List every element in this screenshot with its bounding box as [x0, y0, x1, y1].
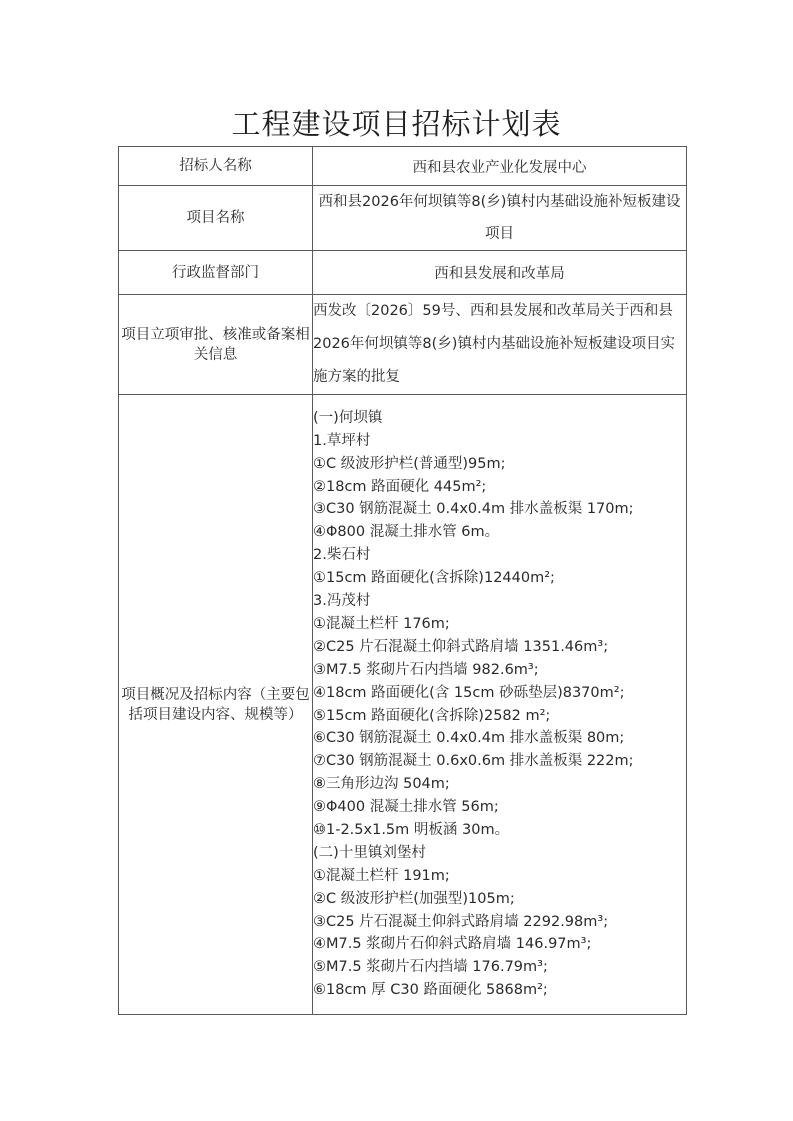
content-line: ①15cm 路面硬化(含拆除)12440m²; — [313, 567, 686, 590]
content-line: ②18cm 路面硬化 445m²; — [313, 476, 686, 499]
content-line: ②C25 片石混凝土仰斜式路肩墙 1351.46m³; — [313, 636, 686, 659]
tender-plan-table: 招标人名称 西和县农业产业化发展中心 项目名称 西和县2026年何坝镇等8(乡)… — [118, 146, 687, 1015]
label-project-overview: 项目概况及招标内容（主要包括项目建设内容、规模等） — [119, 395, 313, 1015]
content-line: ⑦C30 钢筋混凝土 0.6x0.6m 排水盖板渠 222m; — [313, 750, 686, 773]
content-line: ⑤M7.5 浆砌片石内挡墙 176.79m³; — [313, 956, 686, 979]
content-line: 3.冯茂村 — [313, 590, 686, 613]
content-line: ③C30 钢筋混凝土 0.4x0.4m 排水盖板渠 170m; — [313, 498, 686, 521]
content-line: ③M7.5 浆砌片石内挡墙 982.6m³; — [313, 659, 686, 682]
content-line: ④Φ800 混凝土排水管 6m。 — [313, 521, 686, 544]
content-line: ②C 级波形护栏(加强型)105m; — [313, 888, 686, 911]
content-line: ③C25 片石混凝土仰斜式路肩墙 2292.98m³; — [313, 911, 686, 934]
content-line: 2.柴石村 — [313, 544, 686, 567]
value-approval-info: 西发改〔2026〕59号、西和县发展和改革局关于西和县2026年何坝镇等8(乡)… — [313, 295, 687, 395]
content-line: ①混凝土栏杆 191m; — [313, 865, 686, 888]
label-approval-info: 项目立项审批、核准或备案相关信息 — [119, 295, 313, 395]
value-supervision-dept: 西和县发展和改革局 — [313, 251, 687, 295]
content-line: ⑥C30 钢筋混凝土 0.4x0.4m 排水盖板渠 80m; — [313, 727, 686, 750]
value-project-overview: (一)何坝镇 1.草坪村 ①C 级波形护栏(普通型)95m; ②18cm 路面硬… — [313, 395, 687, 1015]
table-row-supervision: 行政监督部门 西和县发展和改革局 — [119, 251, 687, 295]
content-line: ①C 级波形护栏(普通型)95m; — [313, 453, 686, 476]
table-row-project-overview: 项目概况及招标内容（主要包括项目建设内容、规模等） (一)何坝镇 1.草坪村 ①… — [119, 395, 687, 1015]
content-line: 1.草坪村 — [313, 430, 686, 453]
content-line: ⑤15cm 路面硬化(含拆除)2582 m²; — [313, 705, 686, 728]
content-line: (一)何坝镇 — [313, 407, 686, 430]
content-line: (二)十里镇刘堡村 — [313, 842, 686, 865]
content-line: ④M7.5 浆砌片石仰斜式路肩墙 146.97m³; — [313, 933, 686, 956]
label-project-name: 项目名称 — [119, 186, 313, 251]
table-row-approval: 项目立项审批、核准或备案相关信息 西发改〔2026〕59号、西和县发展和改革局关… — [119, 295, 687, 395]
content-line: ⑥18cm 厚 C30 路面硬化 5868m²; — [313, 979, 686, 1002]
table-row-tenderer: 招标人名称 西和县农业产业化发展中心 — [119, 147, 687, 186]
content-line: ⑨Φ400 混凝土排水管 56m; — [313, 796, 686, 819]
content-line: ⑩1-2.5x1.5m 明板涵 30m。 — [313, 819, 686, 842]
document-title: 工程建设项目招标计划表 — [0, 102, 793, 143]
value-tenderer-name: 西和县农业产业化发展中心 — [313, 147, 687, 186]
label-supervision-dept: 行政监督部门 — [119, 251, 313, 295]
label-tenderer-name: 招标人名称 — [119, 147, 313, 186]
table-row-project-name: 项目名称 西和县2026年何坝镇等8(乡)镇村内基础设施补短板建设项目 — [119, 186, 687, 251]
content-line: ④18cm 路面硬化(含 15cm 砂砾垫层)8370m²; — [313, 682, 686, 705]
content-line: ⑧三角形边沟 504m; — [313, 773, 686, 796]
content-line: ①混凝土栏杆 176m; — [313, 613, 686, 636]
value-project-name: 西和县2026年何坝镇等8(乡)镇村内基础设施补短板建设项目 — [313, 186, 687, 251]
